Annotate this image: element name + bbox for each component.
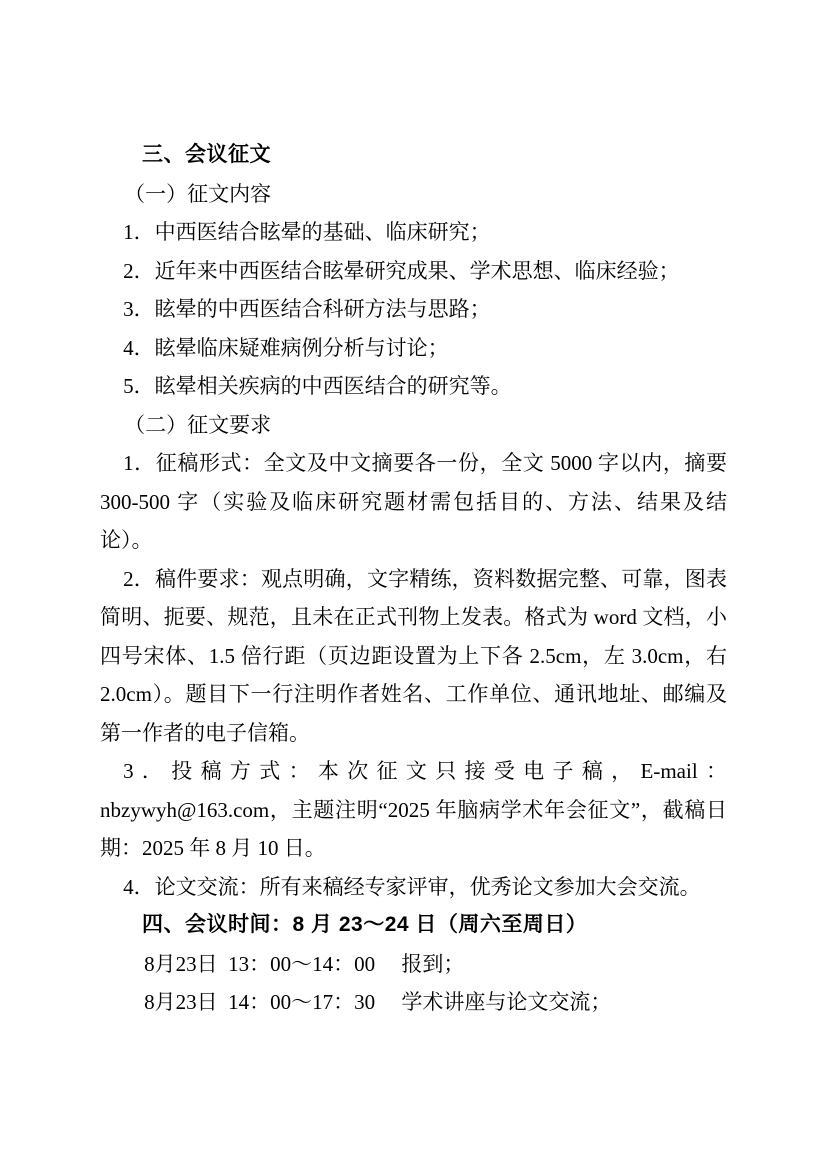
- requirement-item-3: 3．投稿方式：本次征文只接受电子稿，E-mail：nbzywyh@163.com…: [100, 752, 727, 868]
- section-heading-three: 三、会议征文: [100, 136, 727, 175]
- document-page: 三、会议征文 （一）征文内容 1．中西医结合眩晕的基础、临床研究； 2．近年来中…: [0, 0, 827, 1169]
- subsection-heading-one: （一）征文内容: [100, 175, 727, 214]
- requirement-item-1: 1．征稿形式：全文及中文摘要各一份，全文 5000 字以内，摘要 300-500…: [100, 444, 727, 560]
- requirement-item-4: 4．论文交流：所有来稿经专家评审，优秀论文参加大会交流。: [100, 868, 727, 907]
- cfp-topic-item-4: 4．眩晕临床疑难病例分析与讨论；: [100, 329, 727, 368]
- cfp-topic-item-5: 5．眩晕相关疾病的中西医结合的研究等。: [100, 367, 727, 406]
- cfp-topic-item-3: 3．眩晕的中西医结合科研方法与思路；: [100, 290, 727, 329]
- section-heading-four: 四、会议时间：8 月 23～24 日（周六至周日）: [100, 906, 727, 945]
- cfp-topic-item-2: 2．近年来中西医结合眩晕研究成果、学术思想、临床经验；: [100, 252, 727, 291]
- subsection-heading-two: （二）征文要求: [100, 406, 727, 445]
- requirement-item-2: 2．稿件要求：观点明确，文字精练，资料数据完整、可靠，图表简明、扼要、规范，且未…: [100, 560, 727, 753]
- schedule-line-2: 8月23日 14：00～17：30 学术讲座与论文交流；: [100, 983, 727, 1022]
- cfp-topic-item-1: 1．中西医结合眩晕的基础、临床研究；: [100, 213, 727, 252]
- schedule-line-1: 8月23日 13：00～14：00 报到；: [100, 945, 727, 984]
